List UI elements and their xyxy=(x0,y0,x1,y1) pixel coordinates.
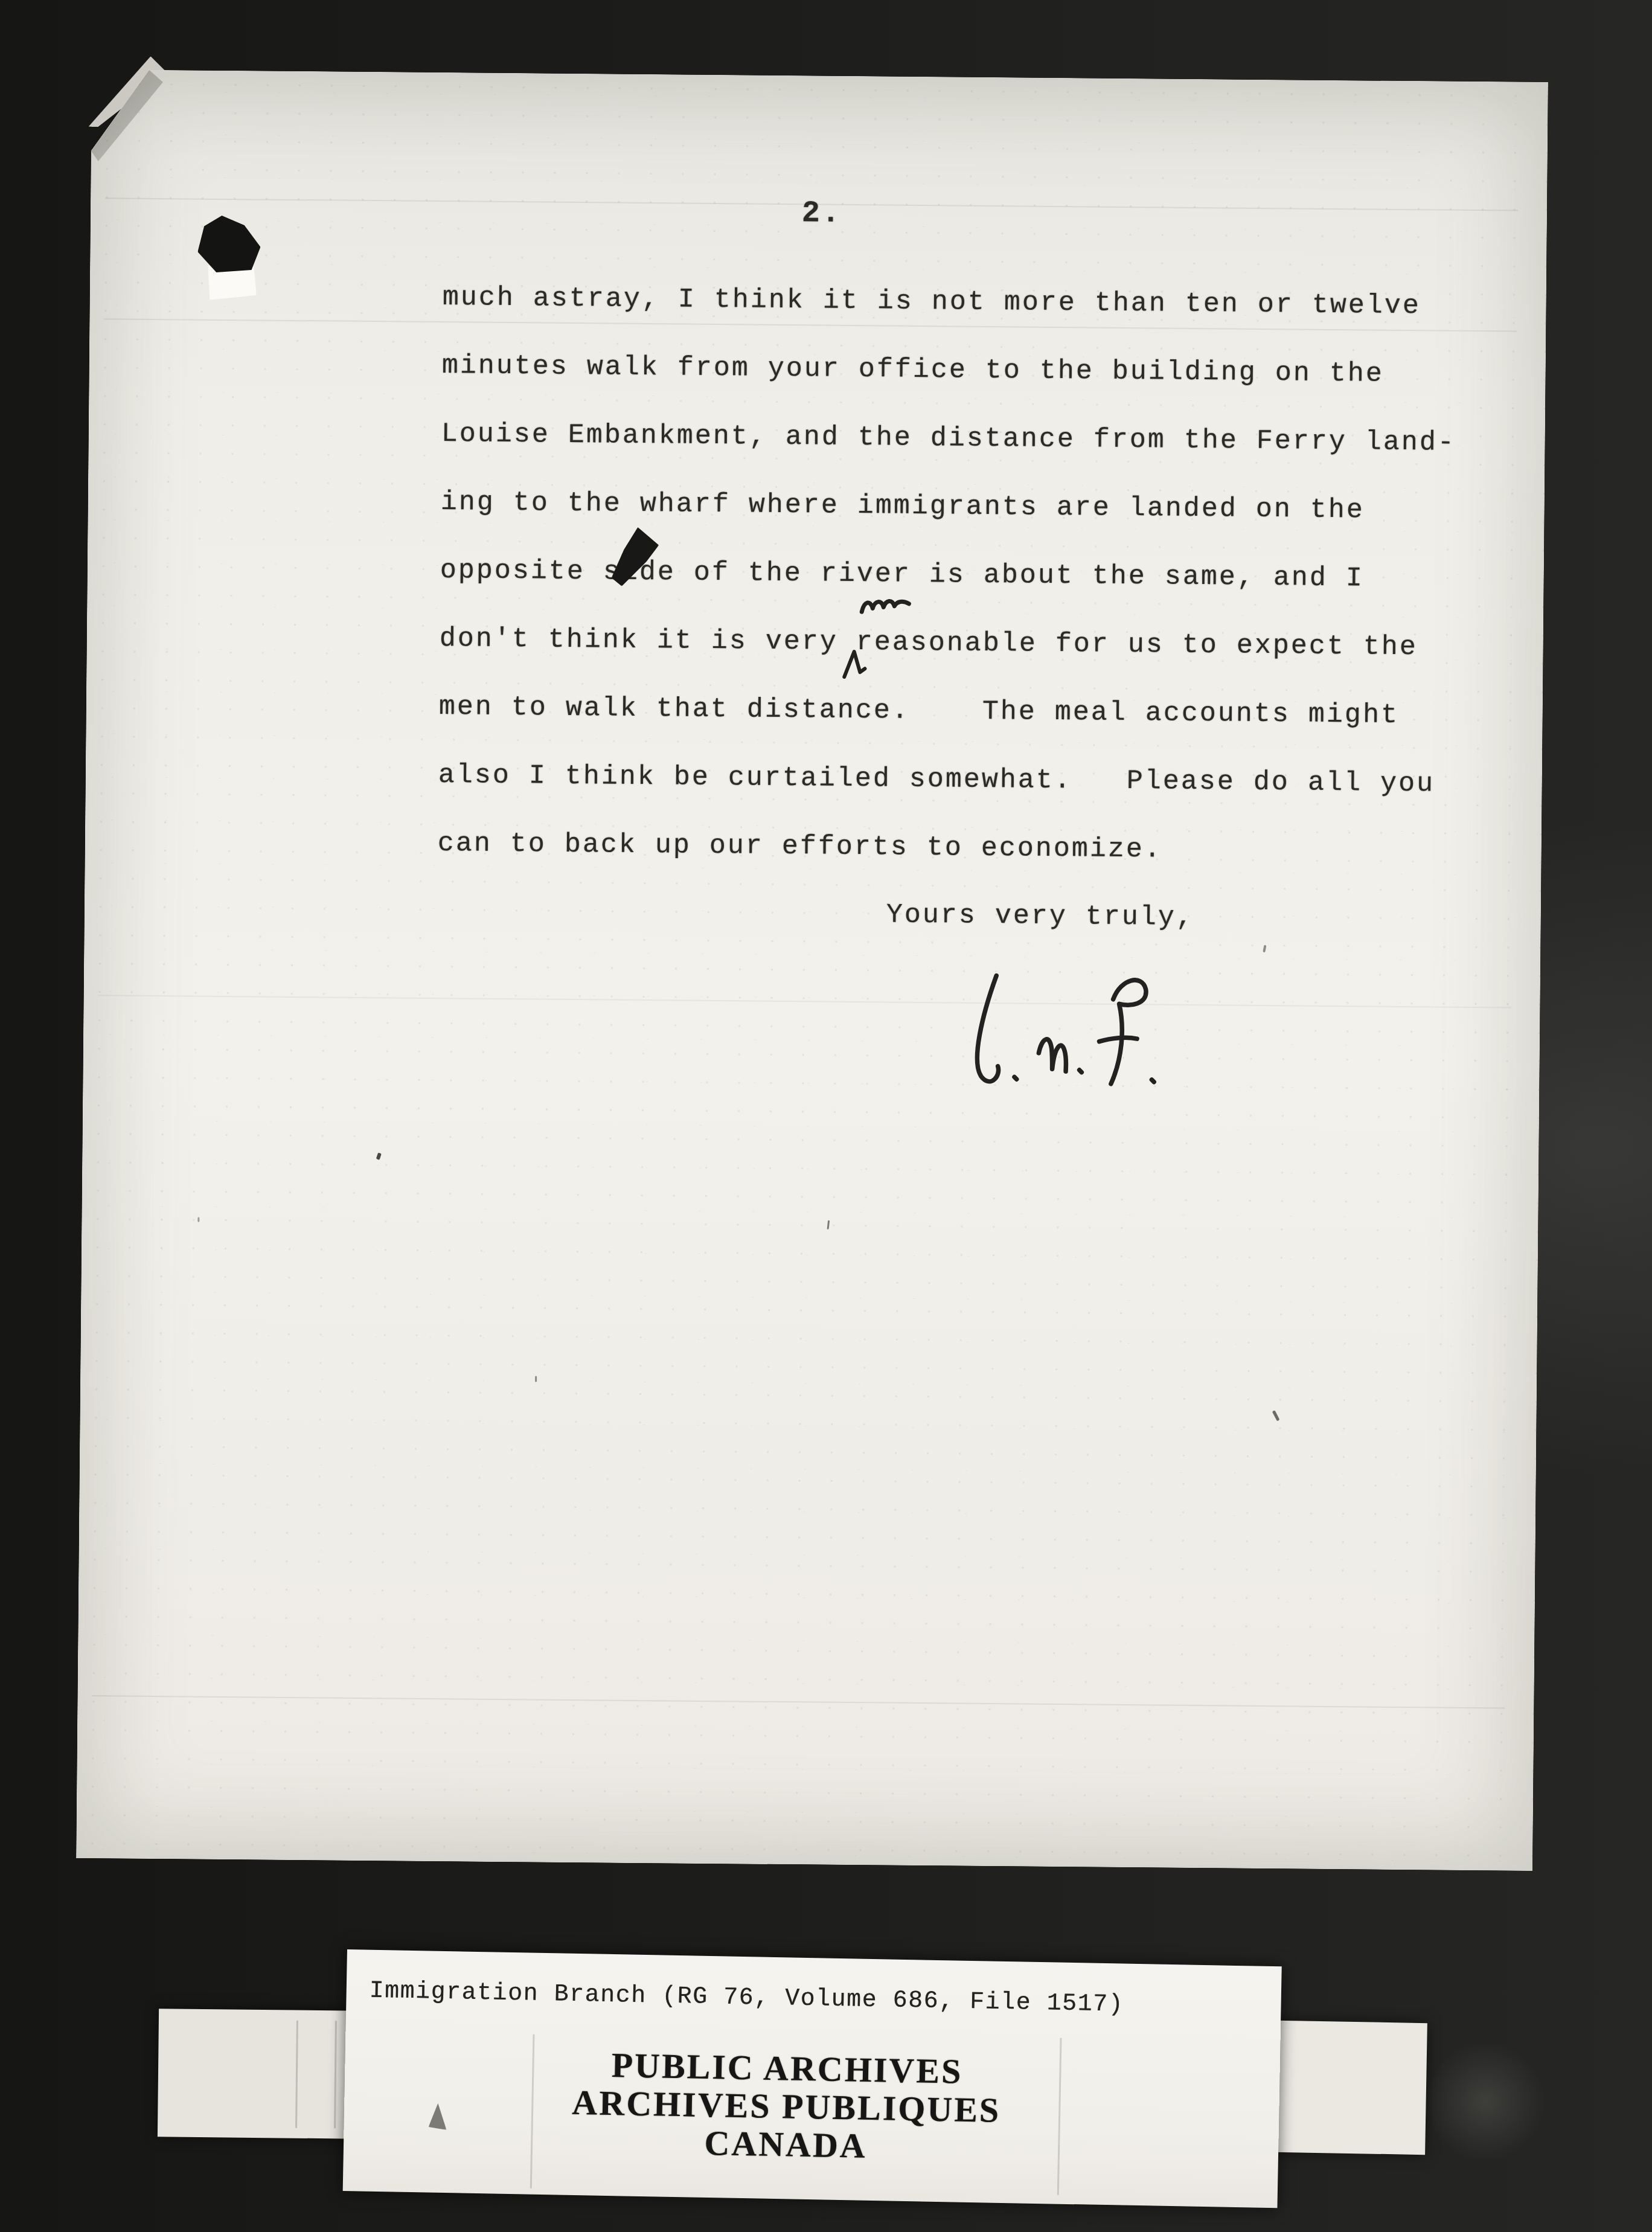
scan-background: 2. much astray, I think it is not more t… xyxy=(0,0,1652,2232)
letter-line: can to back up our efforts to economize. xyxy=(438,827,1163,867)
letter-closing: Yours very truly, xyxy=(886,900,1195,933)
letter-line: Louise Embankment, and the distance from… xyxy=(441,417,1456,460)
letter-line: minutes walk from your office to the bui… xyxy=(441,349,1384,391)
letter-page: 2. much astray, I think it is not more t… xyxy=(76,69,1548,1871)
archive-reference-card: Immigration Branch (RG 76, Volume 686, F… xyxy=(343,1949,1282,2208)
letter-line: much astray, I think it is not more than… xyxy=(442,281,1421,323)
letter-body: much astray, I think it is not more than… xyxy=(76,69,1548,1871)
speck xyxy=(535,1376,537,1382)
scanner-glare xyxy=(1425,2041,1546,2162)
signature-handwriting xyxy=(952,959,1183,1112)
speck xyxy=(197,1217,199,1222)
tape-strip-right xyxy=(1274,2021,1427,2155)
letter-line: opposite side of the river is about the … xyxy=(440,554,1365,595)
archive-reference-text: Immigration Branch (RG 76, Volume 686, F… xyxy=(369,1978,1124,2019)
handwritten-insertion-mark xyxy=(826,592,929,684)
public-archives-stamp: PUBLIC ARCHIVES ARCHIVES PUBLIQUES CANAD… xyxy=(318,2041,1255,2172)
letter-line: also I think be curtailed somewhat. Plea… xyxy=(438,758,1435,801)
paper-crease xyxy=(295,2021,298,2128)
letter-line: men to walk that distance. The meal acco… xyxy=(439,690,1400,733)
letter-line: ing to the wharf where immigrants are la… xyxy=(441,486,1365,527)
